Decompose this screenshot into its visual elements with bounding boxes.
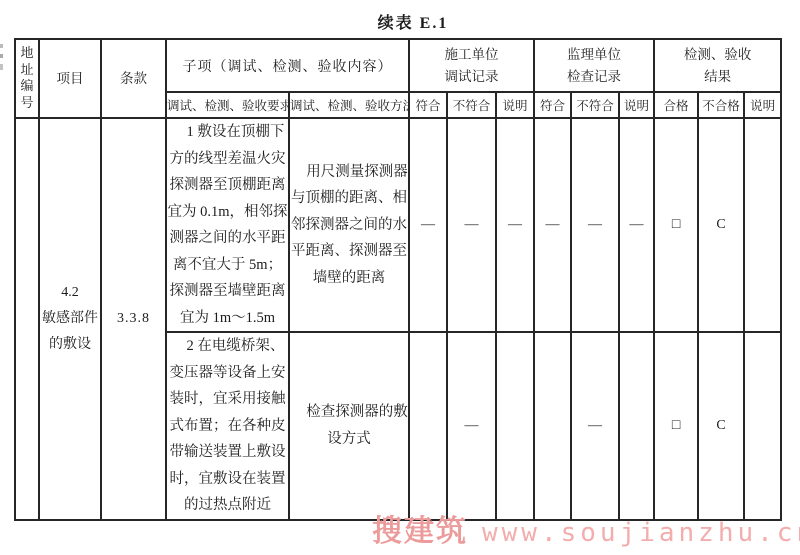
record-cell-result-pass-checkbox: □: [654, 332, 698, 520]
header-method: 调试、检测、验收方法: [289, 92, 409, 118]
address-number-cell: [15, 118, 39, 520]
header-subitem: 子项（调试、检测、验收内容）: [166, 39, 409, 92]
inspection-record-table: 地址编号 项目 条款 子项（调试、检测、验收内容） 施工单位 调试记录 监理单位…: [14, 38, 782, 521]
scan-artifact: [0, 44, 3, 70]
scanned-document-page: 续表 E.1 地址编号 项目 条款 子项（调试、检测、验收内容） 施工单位 调试…: [0, 0, 800, 555]
record-cell-supervision-note: —: [619, 118, 654, 332]
header-requirement: 调试、检测、验收要求: [166, 92, 289, 118]
method-cell: 用尺测量探测器与顶棚的距离、相邻探测器之间的水平距离、探测器至墙壁的距离: [289, 118, 409, 332]
header-supervision-unit-record: 监理单位 检查记录: [534, 39, 654, 92]
project-cell: 4.2 敏感部件 的敷设: [39, 118, 101, 520]
header-construction-unit-record: 施工单位 调试记录: [409, 39, 534, 92]
header-project: 项目: [39, 39, 101, 118]
method-cell: 检查探测器的敷设方式: [289, 332, 409, 520]
record-cell-supervision-conform: [534, 332, 571, 520]
record-cell-supervision-nonconform: —: [571, 332, 619, 520]
record-cell-result-fail: C: [698, 332, 744, 520]
header-result-pass: 合格: [654, 92, 698, 118]
requirement-cell: 2 在电缆桥架、变压器等设备上安装时，宜采用接触式布置；在各种皮带输送装置上敷设…: [166, 332, 289, 520]
watermark-url: www.soujianzhu.cn: [482, 518, 800, 548]
record-cell-construction-note: —: [496, 118, 534, 332]
clause-cell: 3.3.8: [101, 118, 166, 520]
record-cell-result-fail: C: [698, 118, 744, 332]
header-construction-conform: 符合: [409, 92, 447, 118]
header-address-number: 地址编号: [15, 39, 39, 118]
header-construction-nonconform: 不符合: [447, 92, 496, 118]
requirement-cell: 1 敷设在顶棚下方的线型差温火灾探测器至顶棚距离宜为 0.1m，相邻探测器之间的…: [166, 118, 289, 332]
record-cell-construction-conform: [409, 332, 447, 520]
header-supervision-conform: 符合: [534, 92, 571, 118]
watermark: 搜建筑 www.soujianzhu.cn: [372, 506, 800, 550]
record-cell-construction-conform: —: [409, 118, 447, 332]
header-inspection-result: 检测、验收 结果: [654, 39, 781, 92]
header-result-note: 说明: [744, 92, 781, 118]
record-cell-result-note: [744, 332, 781, 520]
record-cell-supervision-note: [619, 332, 654, 520]
record-cell-construction-nonconform: —: [447, 332, 496, 520]
record-cell-supervision-conform: —: [534, 118, 571, 332]
record-cell-supervision-nonconform: —: [571, 118, 619, 332]
header-construction-note: 说明: [496, 92, 534, 118]
page-title: 续表 E.1: [30, 10, 796, 33]
record-cell-result-note: [744, 118, 781, 332]
record-cell-result-pass-checkbox: □: [654, 118, 698, 332]
header-supervision-note: 说明: [619, 92, 654, 118]
header-clause: 条款: [101, 39, 166, 118]
header-result-fail: 不合格: [698, 92, 744, 118]
header-supervision-nonconform: 不符合: [571, 92, 619, 118]
record-cell-construction-nonconform: —: [447, 118, 496, 332]
watermark-brand: 搜建筑: [372, 506, 468, 550]
record-cell-construction-note: [496, 332, 534, 520]
header-address-label: 地址编号: [20, 45, 34, 113]
